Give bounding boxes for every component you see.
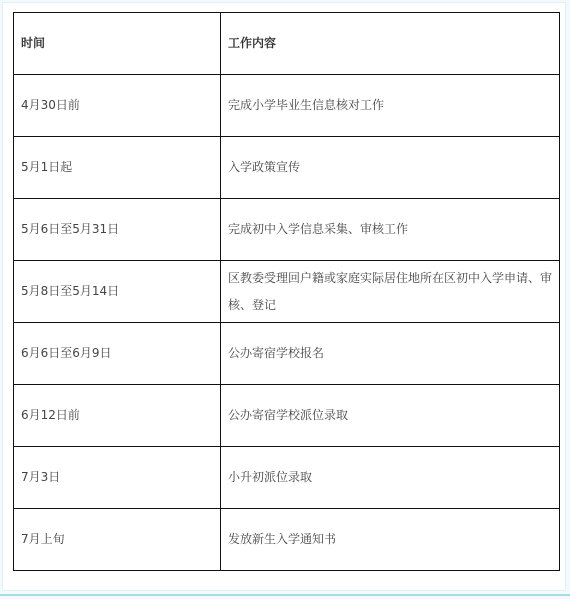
table-row: 6月6日至6月9日 公办寄宿学校报名 [14,323,560,385]
content-card: 时间 工作内容 4月30日前 完成小学毕业生信息核对工作 5月1日起 入学政策宣… [2,2,566,591]
cell-time: 5月6日至5月31日 [14,199,221,261]
table-row: 5月6日至5月31日 完成初中入学信息采集、审核工作 [14,199,560,261]
admission-schedule-table: 时间 工作内容 4月30日前 完成小学毕业生信息核对工作 5月1日起 入学政策宣… [13,12,560,571]
table-row: 5月1日起 入学政策宣传 [14,137,560,199]
cell-task: 发放新生入学通知书 [221,509,560,571]
table-row: 6月12日前 公办寄宿学校派位录取 [14,385,560,447]
header-task: 工作内容 [221,13,560,75]
bottom-divider [0,594,570,596]
table-row: 5月8日至5月14日 区教委受理回户籍或家庭实际居住地所在区初中入学申请、审核、… [14,261,560,323]
cell-time: 7月3日 [14,447,221,509]
cell-time: 5月1日起 [14,137,221,199]
cell-task: 入学政策宣传 [221,137,560,199]
table-header-row: 时间 工作内容 [14,13,560,75]
cell-time: 6月12日前 [14,385,221,447]
cell-time: 6月6日至6月9日 [14,323,221,385]
cell-task: 完成初中入学信息采集、审核工作 [221,199,560,261]
cell-task: 区教委受理回户籍或家庭实际居住地所在区初中入学申请、审核、登记 [221,261,560,323]
table-row: 4月30日前 完成小学毕业生信息核对工作 [14,75,560,137]
table-row: 7月3日 小升初派位录取 [14,447,560,509]
cell-task: 小升初派位录取 [221,447,560,509]
cell-time: 7月上旬 [14,509,221,571]
table-row: 7月上旬 发放新生入学通知书 [14,509,560,571]
cell-task: 完成小学毕业生信息核对工作 [221,75,560,137]
cell-time: 5月8日至5月14日 [14,261,221,323]
cell-time: 4月30日前 [14,75,221,137]
header-time: 时间 [14,13,221,75]
cell-task: 公办寄宿学校派位录取 [221,385,560,447]
cell-task: 公办寄宿学校报名 [221,323,560,385]
